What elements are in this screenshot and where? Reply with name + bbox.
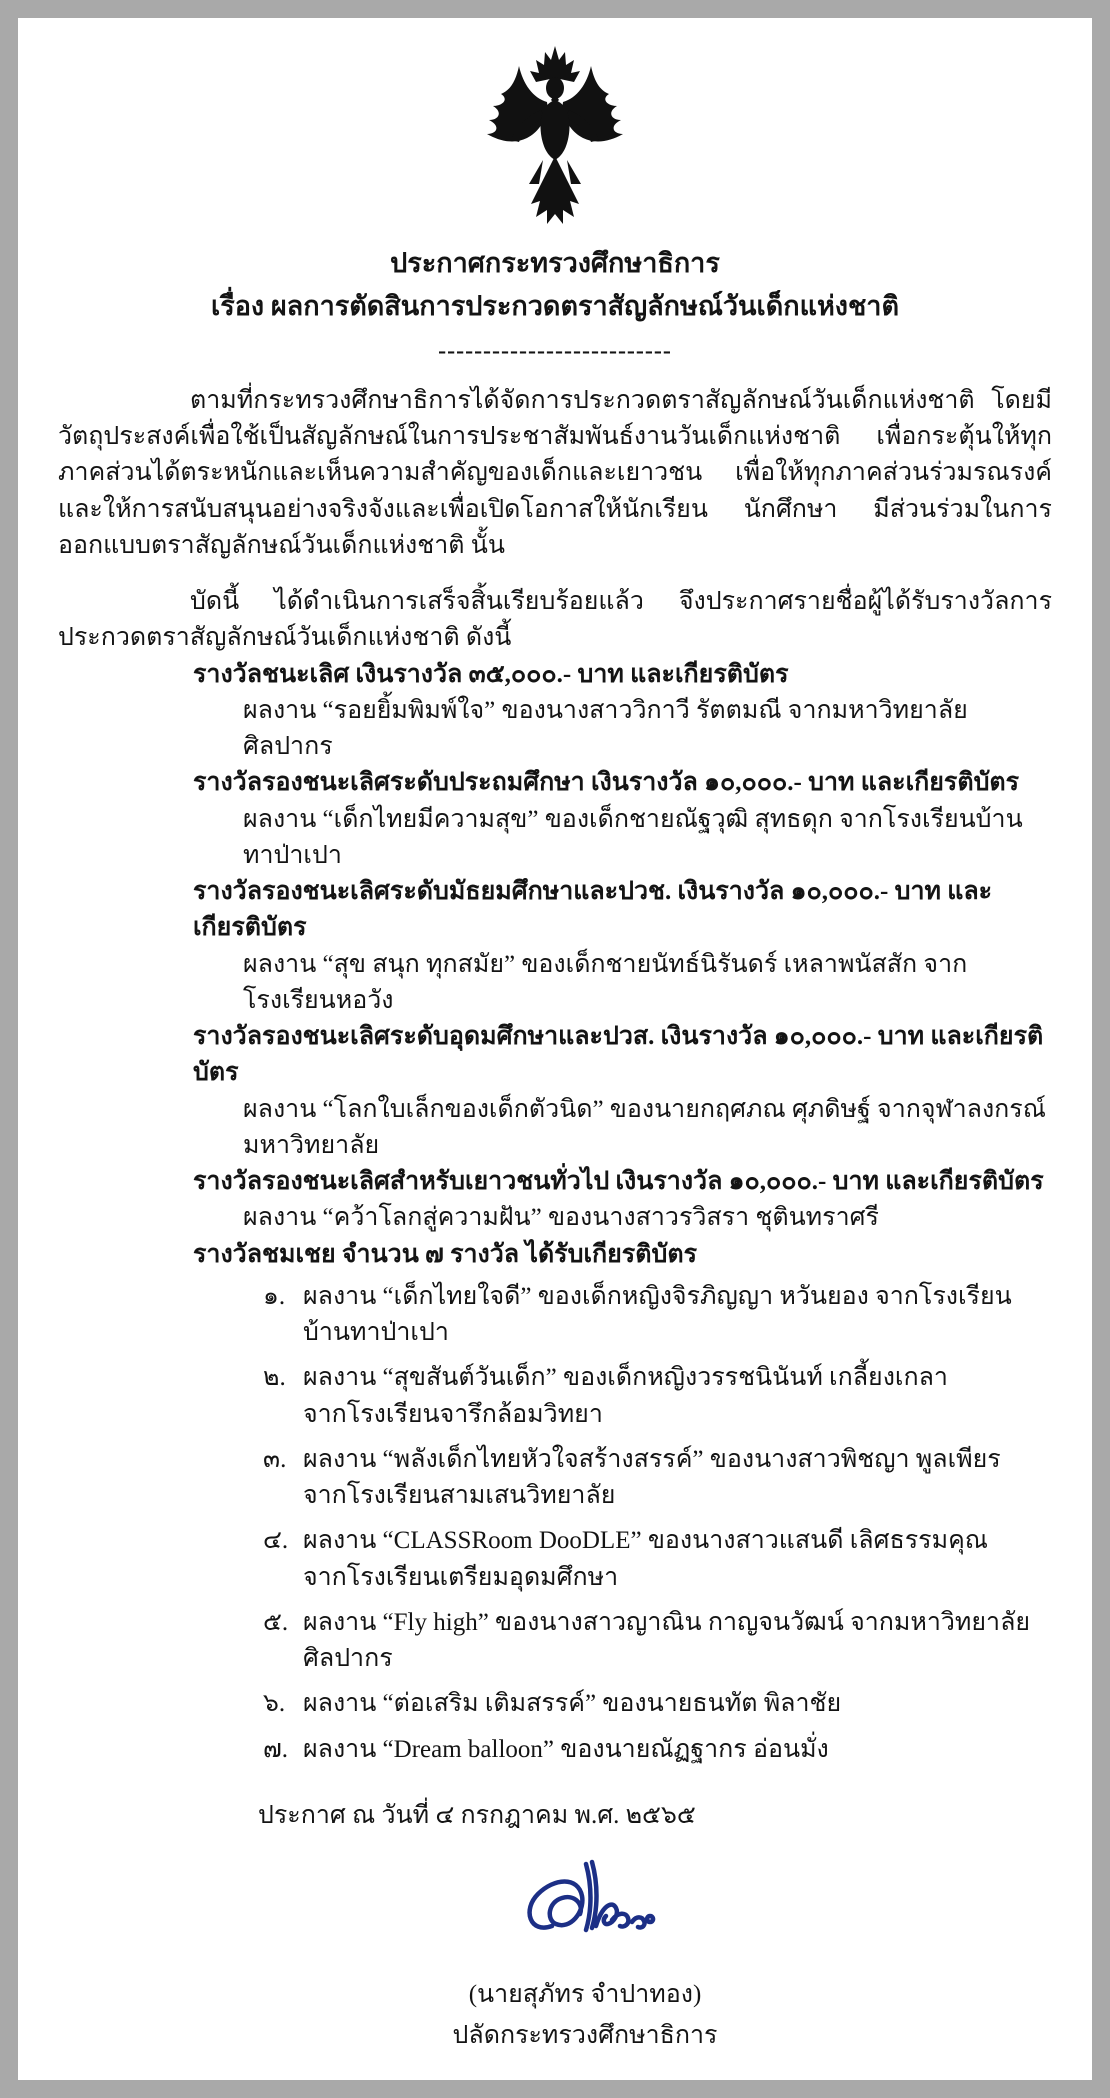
awards-section: รางวัลชนะเลิศ เงินรางวัล ๓๕,๐๐๐.- บาท แล… [58,657,1052,1273]
item-text: ผลงาน “CLASSRoom DooDLE” ของนางสาวแสนดี … [303,1523,1052,1559]
item-text-continued: จากโรงเรียนสามเสนวิทยาลัย [303,1478,1052,1514]
garuda-emblem-icon [475,203,635,230]
paragraph-results: บัดนี้ ได้ดำเนินการเสร็จสิ้นเรียบร้อยแล้… [58,584,1052,657]
signer-name: (นายสุภัทร จำปาทอง) [88,1977,1082,2013]
award-entry: ผลงาน “สุข สนุก ทุกสมัย” ของเด็กชายนัทธ์… [243,947,1052,1020]
item-number: ๓. [263,1442,303,1515]
signature-container [88,1848,1082,1969]
announcement-date: ประกาศ ณ วันที่ ๔ กรกฎาคม พ.ศ. ๒๕๖๕ [258,1798,1052,1834]
list-item: ๖. ผลงาน “ต่อเสริม เติมสรรค์” ของนายธนทั… [263,1686,1052,1722]
item-text-continued: จากโรงเรียนเตรียมอุดมศึกษา [303,1560,1052,1596]
award-entry: ผลงาน “เด็กไทยมีความสุข” ของเด็กชายณัฐวุ… [243,802,1052,875]
announcement-document: ประกาศกระทรวงศึกษาธิการ เรื่อง ผลการตัดส… [18,18,1092,2080]
emblem-container [58,44,1052,235]
paragraph-intro: ตามที่กระทรวงศึกษาธิการได้จัดการประกวดตร… [58,383,1052,564]
document-title: ประกาศกระทรวงศึกษาธิการ [58,245,1052,281]
item-text: ผลงาน “Dream balloon” ของนายณัฏฐากร อ่อน… [303,1732,1052,1768]
item-text: ผลงาน “Fly high” ของนางสาวญาณิน กาญจนวัฒ… [303,1605,1052,1678]
award-heading: รางวัลรองชนะเลิศระดับประถมศึกษา เงินรางว… [193,765,1052,801]
award-entry: ผลงาน “คว้าโลกสู่ความฝัน” ของนางสาวรวิสร… [243,1200,1052,1236]
award-heading: รางวัลชนะเลิศ เงินรางวัล ๓๕,๐๐๐.- บาท แล… [193,657,1052,693]
award-heading: รางวัลรองชนะเลิศระดับมัธยมศึกษาและปวช. เ… [193,874,1052,947]
item-number: ๔. [263,1523,303,1596]
divider-dashes: -------------------------- [58,334,1052,369]
item-text: ผลงาน “ต่อเสริม เติมสรรค์” ของนายธนทัต พ… [303,1686,1052,1722]
item-number: ๒. [263,1360,303,1433]
list-item: ๑. ผลงาน “เด็กไทยใจดี” ของเด็กหญิงจิรภิญ… [263,1279,1052,1352]
honorable-mention-list: ๑. ผลงาน “เด็กไทยใจดี” ของเด็กหญิงจิรภิญ… [58,1279,1052,1768]
item-text: ผลงาน “พลังเด็กไทยหัวใจสร้างสรรค์” ของนา… [303,1442,1052,1478]
award-heading: รางวัลรองชนะเลิศระดับอุดมศึกษาและปวส. เง… [193,1019,1052,1092]
award-heading: รางวัลรองชนะเลิศสำหรับเยาวชนทั่วไป เงินร… [193,1164,1052,1200]
list-item: ๕. ผลงาน “Fly high” ของนางสาวญาณิน กาญจน… [263,1605,1052,1678]
list-item: ๗. ผลงาน “Dream balloon” ของนายณัฏฐากร อ… [263,1732,1052,1768]
honorable-mention-heading: รางวัลชมเชย จำนวน ๗ รางวัล ได้รับเกียรติ… [193,1237,1052,1273]
item-text: ผลงาน “สุขสันต์วันเด็ก” ของเด็กหญิงวรรชน… [303,1360,1052,1396]
scan-frame: ประกาศกระทรวงศึกษาธิการ เรื่อง ผลการตัดส… [0,0,1110,2098]
item-text-continued: จากโรงเรียนจารึกล้อมวิทยา [303,1397,1052,1433]
item-number: ๗. [263,1732,303,1768]
item-number: ๖. [263,1686,303,1722]
list-item: ๔. ผลงาน “CLASSRoom DooDLE” ของนางสาวแสน… [263,1523,1052,1596]
award-entry: ผลงาน “รอยยิ้มพิมพ์ใจ” ของนางสาววิกาวี ร… [243,693,1052,766]
signer-title: ปลัดกระทรวงศึกษาธิการ [88,2018,1082,2054]
item-number: ๕. [263,1605,303,1678]
list-item: ๒. ผลงาน “สุขสันต์วันเด็ก” ของเด็กหญิงวร… [263,1360,1052,1433]
list-item: ๓. ผลงาน “พลังเด็กไทยหัวใจสร้างสรรค์” ขอ… [263,1442,1052,1515]
document-subject: เรื่อง ผลการตัดสินการประกวดตราสัญลักษณ์ว… [58,288,1052,324]
item-text: ผลงาน “เด็กไทยใจดี” ของเด็กหญิงจิรภิญญา … [303,1279,1052,1352]
item-number: ๑. [263,1279,303,1352]
award-entry: ผลงาน “โลกใบเล็กของเด็กตัวนิด” ของนายกฤศ… [243,1092,1052,1165]
signature-icon [500,1937,670,1964]
